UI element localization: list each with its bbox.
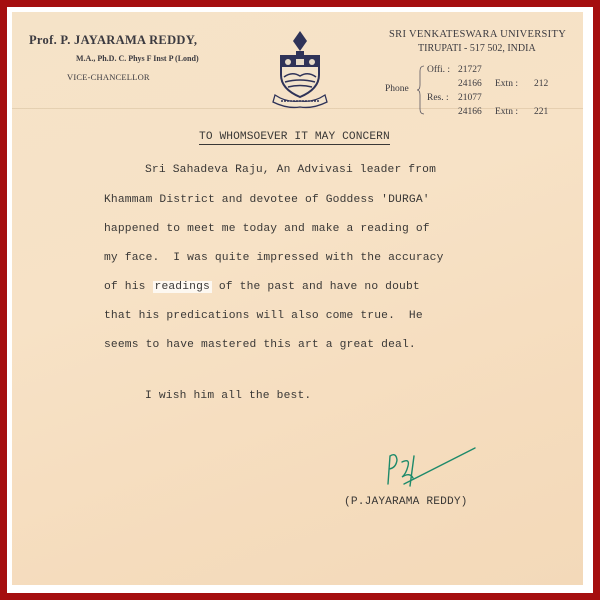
phone-office-number-2: 24166: [458, 79, 482, 89]
phone-office-label: Offi. :: [427, 65, 450, 75]
phone-label: Phone: [385, 84, 409, 94]
body-line-5-start: of his: [104, 281, 153, 293]
phone-residence-number-2: 24166: [458, 107, 482, 117]
body-line-1: Sri Sahadeva Raju, An Advivasi leader fr…: [145, 164, 436, 176]
letter-subject: TO WHOMSOEVER IT MAY CONCERN: [199, 131, 390, 145]
handwritten-signature-icon: [380, 444, 490, 489]
sender-title: VICE-CHANCELLOR: [67, 72, 150, 82]
phone-residence-number: 21077: [458, 93, 482, 103]
body-line-3: happened to meet me today and make a rea…: [104, 223, 430, 235]
brace-icon: [417, 65, 425, 115]
corrected-word: readings: [153, 281, 212, 293]
body-line-5-end: of the past and have no doubt: [212, 281, 420, 293]
closing-line: I wish him all the best.: [145, 390, 311, 402]
phone-office-ext: 212: [534, 79, 548, 89]
body-line-2: Khammam District and devotee of Goddess …: [104, 194, 430, 206]
body-line-5: of his readings of the past and have no …: [104, 281, 420, 293]
sender-name: Prof. P. JAYARAMA REDDY,: [29, 33, 197, 48]
letter-page: Prof. P. JAYARAMA REDDY, M.A., Ph.D. C. …: [12, 12, 583, 585]
phone-residence-label: Res. :: [427, 93, 449, 103]
body-line-7: seems to have mastered this art a great …: [104, 339, 416, 351]
body-line-6: that his predications will also come tru…: [104, 310, 423, 322]
university-address: TIRUPATI - 517 502, INDIA: [418, 43, 536, 54]
sender-degrees: M.A., Ph.D. C. Phys F Inst P (Lond): [76, 54, 199, 63]
phone-office-number: 21727: [458, 65, 482, 75]
phone-office-ext-label: Extn :: [495, 79, 518, 89]
university-name: SRI VENKATESWARA UNIVERSITY: [389, 29, 566, 40]
university-crest-icon: [267, 29, 333, 109]
phone-residence-ext-label: Extn :: [495, 107, 518, 117]
body-line-4: my face. I was quite impressed with the …: [104, 252, 444, 264]
phone-residence-ext: 221: [534, 107, 548, 117]
signatory-name: (P.JAYARAMA REDDY): [344, 496, 468, 508]
